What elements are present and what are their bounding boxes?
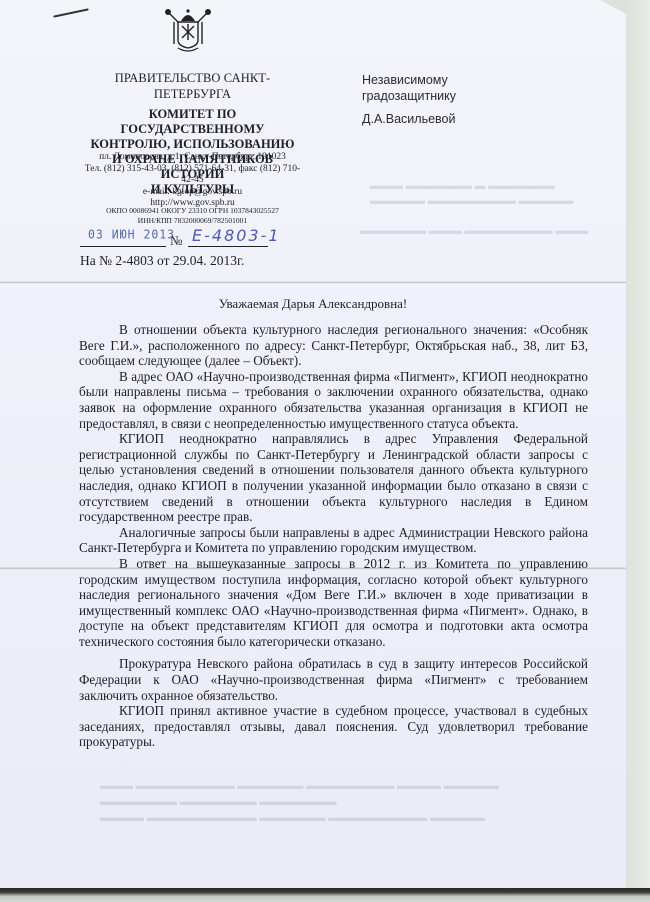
- number-underline: [188, 246, 268, 247]
- paragraph: В адрес ОАО «Научно-производственная фир…: [79, 369, 588, 431]
- fold-line-upper: [0, 281, 626, 284]
- bleed-through-text: ▬▬▬▬▬▬ ▬▬▬ ▬▬▬▬▬▬▬▬ ▬▬▬: [360, 225, 588, 237]
- phones: Тел. (812) 315-43-03, (812) 571-64-31, ф…: [80, 164, 305, 187]
- recipient-line: градозащитнику: [362, 88, 456, 104]
- committee-line: КОМИТЕТ ПО ГОСУДАРСТВЕННОМУ: [80, 107, 305, 137]
- contact-block: пл. Ломоносова, д.1, Санкт-Петербург, 19…: [80, 152, 305, 210]
- recipient-name: Д.А.Васильевой: [362, 111, 456, 127]
- paragraph: КГИОП неоднократно направлялись в адрес …: [79, 431, 588, 525]
- bleed-through-text: ▬▬▬▬▬ ▬▬▬▬▬▬▬▬ ▬▬▬▬▬: [370, 195, 574, 207]
- handwritten-outgoing-number: Е-4803-1: [192, 226, 281, 245]
- recipient-block: Независимому градозащитнику Д.А.Васильев…: [362, 72, 456, 127]
- paragraph: В ответ на вышеуказанные запросы в 2012 …: [79, 556, 588, 650]
- paragraph: Аналогичные запросы были направлены в ад…: [79, 525, 588, 556]
- scanner-bed-right: [626, 0, 650, 902]
- date-stamp: 03 ИЮН 2013: [88, 226, 175, 241]
- scanner-bed-bottom: [0, 888, 650, 902]
- letter-body: В отношении объекта культурного наследия…: [79, 322, 588, 750]
- bleed-through-text: ▬▬▬▬▬▬▬ ▬▬▬▬▬▬▬ ▬▬▬▬▬▬▬: [100, 796, 337, 808]
- bleed-through-text: ▬▬▬▬ ▬▬▬▬▬▬▬▬▬▬ ▬▬▬▬▬▬ ▬▬▬▬▬▬▬▬▬ ▬▬▬▬▬: [100, 812, 485, 824]
- recipient-line: Независимому: [362, 72, 456, 88]
- reference-number: На № 2-4803 от 29.04. 2013г.: [80, 253, 244, 269]
- codes-line: ИНН/КПП 7832000069/782501001: [80, 216, 305, 226]
- paragraph: Прокуратура Невского района обратилась в…: [79, 656, 588, 703]
- paragraph: КГИОП принял активное участие в судебном…: [79, 703, 588, 750]
- email: e-mail: kgiop@gov.spb.ru: [80, 187, 305, 199]
- codes-line: ОКПО 00086941 ОКОГУ 23310 ОГРН 103784302…: [80, 206, 305, 216]
- registry-codes: ОКПО 00086941 ОКОГУ 23310 ОГРН 103784302…: [80, 206, 305, 225]
- number-label: №: [170, 233, 182, 249]
- bleed-through-text: ▬▬▬ ▬▬▬▬▬▬▬▬▬ ▬▬▬▬▬▬ ▬▬▬▬▬▬▬▬ ▬▬▬▬ ▬▬▬▬▬: [100, 780, 499, 792]
- date-underline: [80, 246, 166, 247]
- government-name: ПРАВИТЕЛЬСТВО САНКТ-ПЕТЕРБУРГА: [80, 70, 305, 102]
- paragraph: В отношении объекта культурного наследия…: [79, 322, 588, 369]
- committee-line: КОНТРОЛЮ, ИСПОЛЬЗОВАНИЮ: [80, 137, 305, 152]
- coat-of-arms-icon: [164, 8, 212, 54]
- address: пл. Ломоносова, д.1, Санкт-Петербург, 19…: [80, 152, 305, 164]
- salutation: Уважаемая Дарья Александровна!: [0, 296, 626, 312]
- bleed-through-text: ▬▬▬ ▬▬▬▬▬▬ ▬ ▬▬▬▬▬▬: [370, 180, 554, 192]
